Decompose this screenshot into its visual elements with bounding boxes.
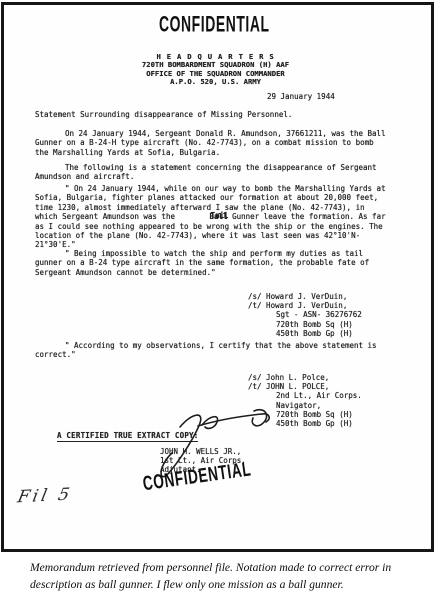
scanned-memo-page: CONFIDENTIAL H E A D Q U A R T E R S 720… [0,0,435,600]
certifier-signed-line: /s/ John L. Polce, [248,373,362,382]
adjutant-name: JOHN H. WELLS JR., [160,447,246,456]
letterhead-apo: A.P.O. 520, U.S. ARMY [4,78,427,86]
paragraph-intro: The following is a statement concerning … [35,163,391,182]
overstrike-correction-word: Tail [181,211,229,220]
witness-group: 450th Bomb Gp (H) [248,329,362,338]
witness-squadron: 720th Bomb Sq (H) [248,320,362,329]
witness-signature-block: /s/ Howard J. VerDuin, /t/ Howard J. Ver… [248,292,362,338]
letterhead: H E A D Q U A R T E R S 720TH BOMBARDMEN… [4,53,427,86]
paragraph-certify: " According to my observations, I certif… [35,341,391,360]
overstruck-correction: BallTail [180,212,228,221]
certifier-typed-line: /t/ JOHN L. POLCE, [248,382,362,391]
memo-scan-frame: CONFIDENTIAL H E A D Q U A R T E R S 720… [1,2,434,552]
handwritten-file-notation: Fil 5 [16,485,74,508]
paragraph-tail-gunner: " Being impossible to watch the ship and… [35,249,391,277]
date-line: 29 January 1944 [267,92,335,101]
witness-signed-line: /s/ Howard J. VerDuin, [248,292,362,301]
witness-typed-line: /t/ Howard J. VerDuin, [248,301,362,310]
paragraph-mission: On 24 January 1944, Sergeant Donald R. A… [35,129,391,157]
certifier-rank: 2nd Lt., Air Corps. [248,391,362,400]
photo-caption: Memorandum retrieved from personnel file… [30,560,422,593]
confidential-stamp-top: CONFIDENTIAL [159,12,270,38]
caption-line-1: Memorandum retrieved from personnel file… [30,560,422,577]
subject-line: Statement Surrounding disappearance of M… [35,110,391,119]
witness-rank-asn: Sgt - ASN- 36276762 [248,310,362,319]
paragraph-statement: " On 24 January 1944, while on our way t… [35,184,391,250]
caption-line-2: description as ball gunner. I flew only … [30,577,422,594]
